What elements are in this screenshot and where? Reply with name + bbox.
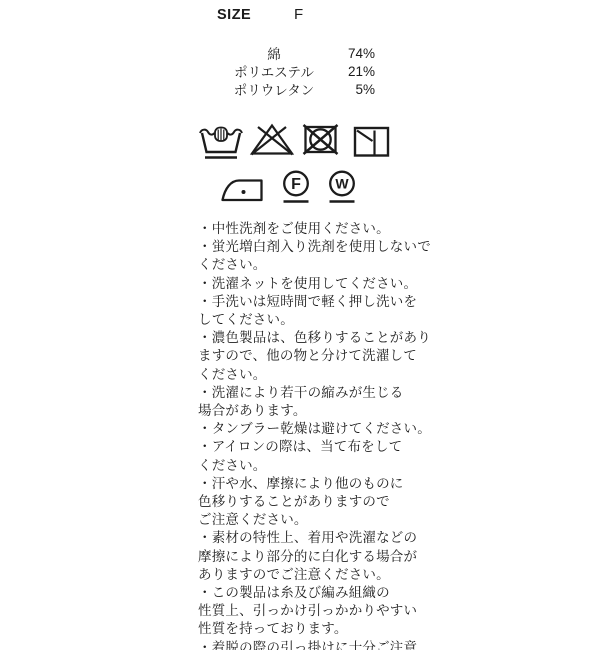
instruction-line: ・洗濯により若干の縮みが生じる (198, 384, 413, 402)
iron-low-heat-icon (221, 171, 263, 203)
instruction-line: ・濃色製品は、色移りすることがあり (198, 329, 413, 347)
instruction-line: 場合があります。 (198, 402, 413, 420)
product-care-info-page: SIZE F 綿74%ポリエステル21%ポリウレタン5% (0, 0, 600, 650)
instruction-line: ・手洗いは短時間で軽く押し洗いを (198, 293, 413, 311)
instruction-line: してください。 (198, 311, 413, 329)
material-name: 綿 (200, 43, 348, 63)
material-name: ポリウレタン (200, 79, 348, 99)
instruction-line: ・タンブラー乾燥は避けてください。 (198, 420, 413, 438)
instruction-line: 摩擦により部分的に白化する場合が (198, 548, 413, 566)
instruction-line: ご注意ください。 (198, 511, 413, 529)
instruction-line: ・この製品は糸及び編み組織の (198, 584, 413, 602)
instruction-line: ください。 (198, 366, 413, 384)
instruction-line: ・洗濯ネットを使用してください。 (198, 275, 413, 293)
material-name: ポリエステル (200, 61, 348, 81)
do-not-tumble-dry-icon (302, 124, 339, 155)
instruction-line: ください。 (198, 256, 413, 274)
material-percent: 74% (348, 46, 375, 61)
line-dry-in-shade-icon (353, 126, 390, 157)
instruction-line: ・アイロンの際は、当て布をして (198, 438, 413, 456)
size-row: SIZE F (217, 6, 251, 22)
instruction-line: ますので、他の物と分けて洗濯して (198, 347, 413, 365)
instruction-line: ・中性洗剤をご使用ください。 (198, 220, 413, 238)
instruction-line: ください。 (198, 457, 413, 475)
instruction-line: ・素材の特性上、着用や洗濯などの (198, 529, 413, 547)
instruction-line: 色移りすることがありますので (198, 493, 413, 511)
size-value: F (294, 6, 303, 23)
instruction-line: ・蛍光増白剤入り洗剤を使用しないで (198, 238, 413, 256)
composition-row: ポリエステル21% (200, 62, 375, 80)
material-percent: 5% (348, 82, 375, 97)
do-not-bleach-icon (249, 123, 295, 156)
composition-row: ポリウレタン5% (200, 80, 375, 98)
material-percent: 21% (348, 64, 375, 79)
composition-table: 綿74%ポリエステル21%ポリウレタン5% (200, 44, 375, 99)
instruction-line: ありますのでご注意ください。 (198, 566, 413, 584)
dry-clean-circle-icon: F (282, 169, 310, 204)
wet-clean-circle-icon: W (328, 169, 356, 204)
instruction-line: ・着脱の際の引っ掛けに十分ご注意 (198, 639, 413, 650)
care-instructions: ・中性洗剤をご使用ください。・蛍光増白剤入り洗剤を使用しないでください。・洗濯ネ… (198, 220, 413, 650)
size-label: SIZE (217, 7, 251, 23)
instruction-line: ・汗や水、摩擦により他のものに (198, 475, 413, 493)
dry-clean-letter: F (291, 176, 301, 193)
hand-wash-icon (199, 124, 243, 161)
wet-clean-letter: W (335, 176, 349, 192)
instruction-line: 性質を持っております。 (198, 620, 413, 638)
instruction-line: 性質上、引っかけ引っかかりやすい (198, 602, 413, 620)
composition-row: 綿74% (200, 44, 375, 62)
